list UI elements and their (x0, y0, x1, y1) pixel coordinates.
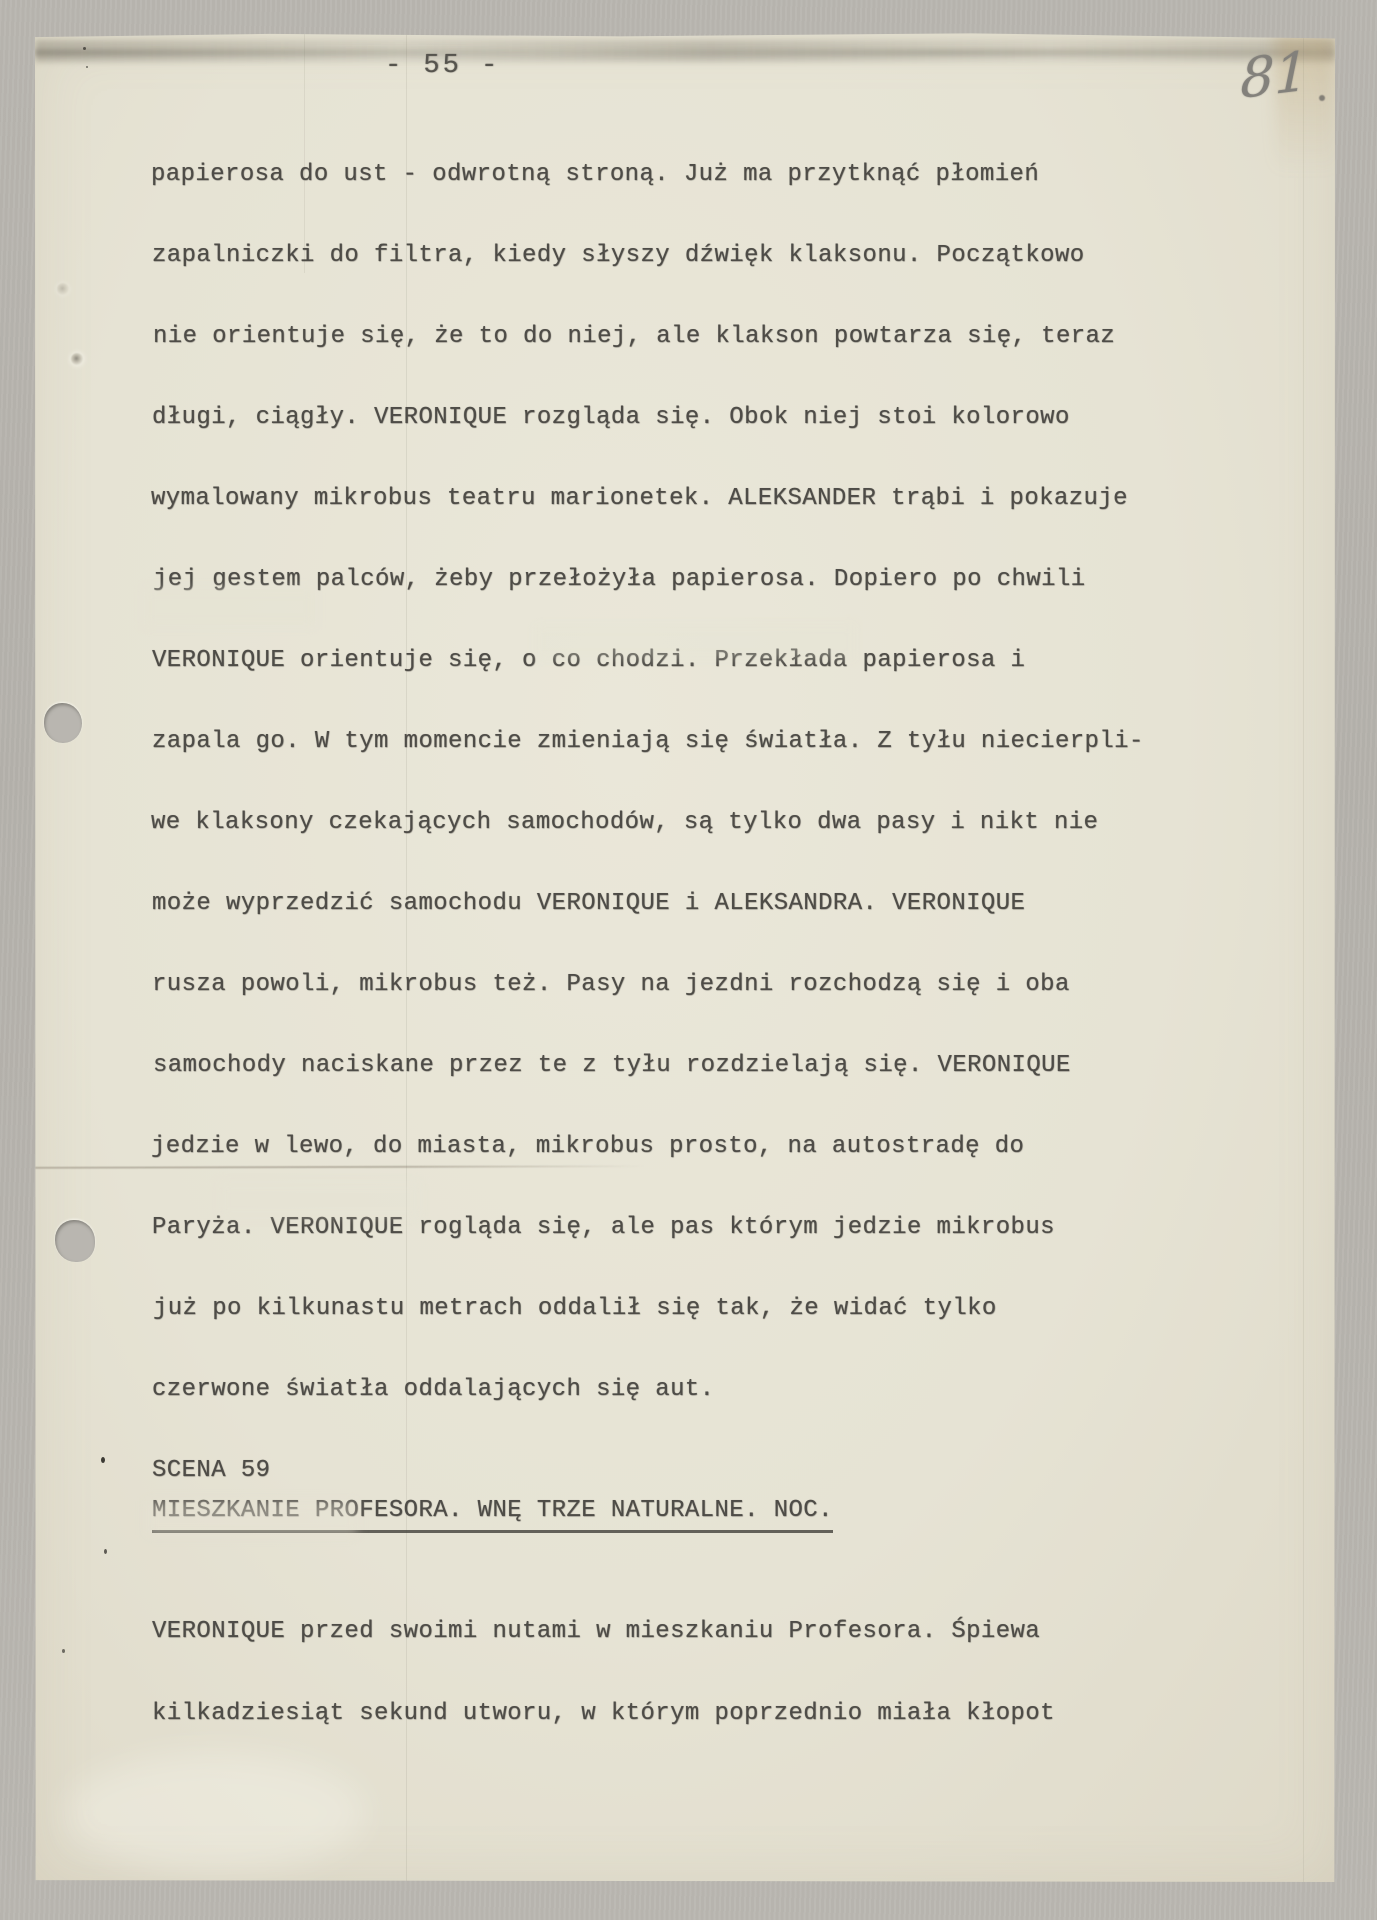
worn-paper-patch (65, 1753, 365, 1873)
typed-line: rusza powoli, mikrobus też. Pasy na jezd… (152, 944, 1232, 1025)
ink-speck (101, 1457, 105, 1463)
scan-background: { "document": { "page_number": "- 55 -",… (0, 0, 1377, 1920)
paragraph-block-2: VERONIQUE przed swoimi nutami w mieszkan… (152, 1591, 1232, 1755)
scene-heading-underlined: MIESZKANIE PROFESORA. WNĘ TRZE NATURALNE… (152, 1497, 833, 1533)
typed-line: czerwone światła oddalających się aut. (152, 1349, 1232, 1430)
handwritten-dot (1319, 95, 1325, 101)
ink-speck (83, 47, 86, 50)
ink-speck (86, 66, 88, 68)
typed-line: kilkadziesiąt sekund utworu, w którym po… (152, 1673, 1232, 1755)
hole-punch (44, 703, 82, 743)
hole-punch (55, 1220, 95, 1262)
typed-line: może wyprzedzić samochodu VERONIQUE i AL… (152, 863, 1232, 944)
ink-speck (62, 1649, 65, 1653)
handwritten-page-number: 81 (1240, 34, 1350, 111)
scene-label: SCENA 59 (152, 1451, 1232, 1491)
typed-line: VERONIQUE orientuje się, o co chodzi. Pr… (152, 620, 1232, 701)
typed-line: długi, ciągły. VERONIQUE rozgląda się. O… (152, 377, 1232, 458)
pin-mark (71, 353, 83, 365)
typed-line: samochody naciskane przez te z tyłu rozd… (153, 1025, 1233, 1106)
scene-heading-line: MIESZKANIE PROFESORA. WNĘ TRZE NATURALNE… (152, 1491, 1232, 1531)
crease-line (1303, 33, 1304, 1882)
typed-line: jej gestem palców, żeby przełożyła papie… (153, 539, 1233, 620)
scanned-page: - 55 - 81 papierosa do ust - odwrotną st… (35, 33, 1335, 1882)
paragraph-block-1: papierosa do ust - odwrotną stroną. Już … (152, 134, 1232, 1430)
scene-heading-block: SCENA 59 MIESZKANIE PROFESORA. WNĘ TRZE … (152, 1451, 1232, 1531)
typed-line: papierosa do ust - odwrotną stroną. Już … (151, 134, 1231, 215)
typed-line: nie orientuje się, że to do niej, ale kl… (153, 296, 1233, 377)
ink-speck (104, 1549, 107, 1554)
typed-line: wymalowany mikrobus teatru marionetek. A… (151, 458, 1231, 539)
typed-line: zapala go. W tym momencie zmieniają się … (152, 701, 1232, 782)
typed-line: jedzie w lewo, do miasta, mikrobus prost… (151, 1106, 1231, 1187)
page-number: - 55 - (385, 51, 500, 81)
typed-line: we klaksony czekających samochodów, są t… (151, 782, 1231, 863)
pin-mark (57, 283, 69, 295)
top-edge-smudge-dark (35, 49, 1335, 56)
typed-line: już po kilkunastu metrach oddalił się ta… (153, 1268, 1233, 1349)
typed-line: Paryża. VERONIQUE rogląda się, ale pas k… (152, 1187, 1232, 1268)
typed-line: zapalniczki do filtra, kiedy słyszy dźwi… (152, 215, 1232, 296)
typed-line: VERONIQUE przed swoimi nutami w mieszkan… (152, 1591, 1232, 1673)
